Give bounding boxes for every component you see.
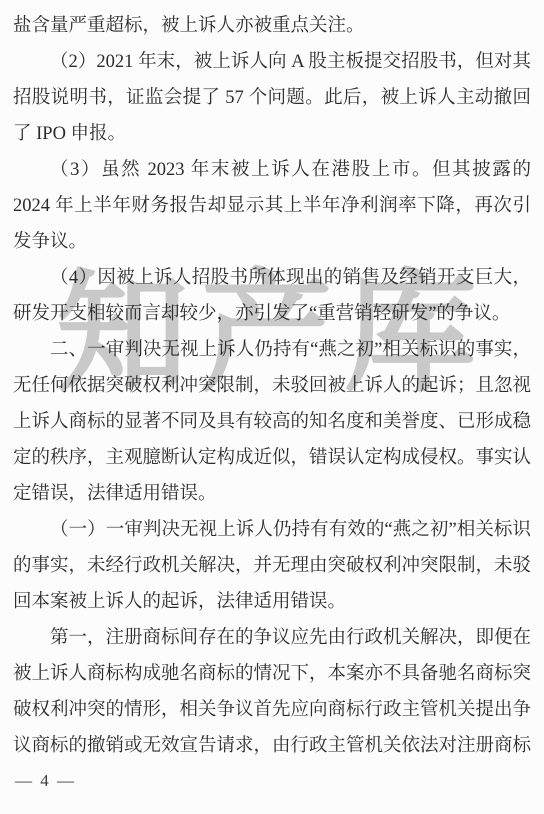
body-text: 盐含量严重超标，被上诉人亦被重点关注。 （2）2021 年末，被上诉人向 A 股… xyxy=(13,8,531,764)
paragraph: （一）一审判决无视上诉人仍持有有效的“燕之初”相关标识的事实，未经行政机关解决，… xyxy=(13,512,531,620)
paragraph: （4）因被上诉人招股书所体现出的销售及经销开支巨大，研发开支相较而言却较少，亦引… xyxy=(13,260,531,332)
document-page: 知产库 盐含量严重超标，被上诉人亦被重点关注。 （2）2021 年末，被上诉人向… xyxy=(0,0,544,814)
paragraph: （3）虽然 2023 年末被上诉人在港股上市。但其披露的 2024 年上半年财务… xyxy=(13,152,531,260)
paragraph: 盐含量严重超标，被上诉人亦被重点关注。 xyxy=(13,8,531,44)
paragraph: （2）2021 年末，被上诉人向 A 股主板提交招股书，但对其招股说明书，证监会… xyxy=(13,44,531,152)
page-number: — 4 — xyxy=(15,770,76,792)
paragraph: 二、一审判决无视上诉人仍持有“燕之初”相关标识的事实，无任何依据突破权利冲突限制… xyxy=(13,332,531,512)
paragraph: 第一，注册商标间存在的争议应先由行政机关解决，即便在被上诉人商标构成驰名商标的情… xyxy=(13,620,531,764)
